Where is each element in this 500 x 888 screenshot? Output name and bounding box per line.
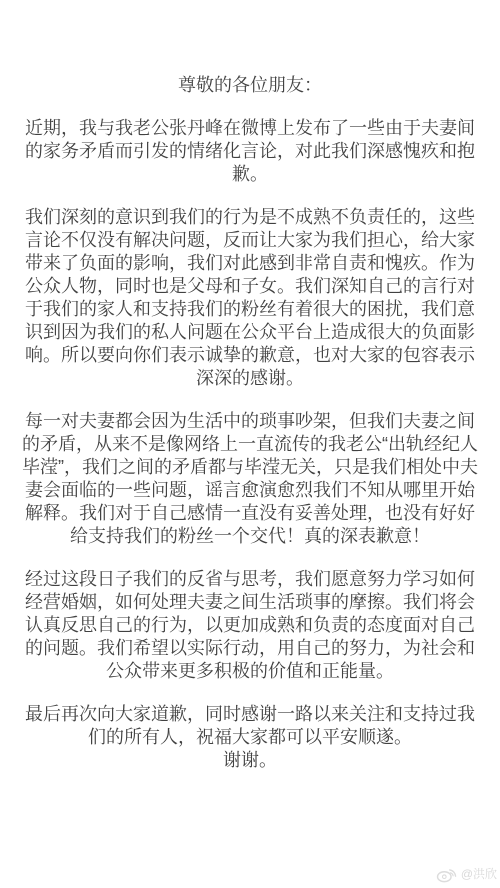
salutation: 尊敬的各位朋友： [21, 74, 479, 97]
statement-image: 尊敬的各位朋友： 近期，我与我老公张丹峰在微博上发布了一些由于夫妻间的家务矛盾而… [0, 0, 500, 888]
weibo-logo-icon [436, 865, 458, 883]
apology-letter: 尊敬的各位朋友： 近期，我与我老公张丹峰在微博上发布了一些由于夫妻间的家务矛盾而… [21, 74, 479, 772]
letter-paragraph: 近期，我与我老公张丹峰在微博上发布了一些由于夫妻间的家务矛盾而引发的情绪化言论，… [21, 117, 479, 186]
letter-paragraph: 每一对夫妻都会因为生活中的琐事吵架，但我们夫妻之间的矛盾，从来不是像网络上一直流… [21, 410, 479, 548]
watermark-handle: @洪欣 [461, 864, 497, 884]
letter-body: 近期，我与我老公张丹峰在微博上发布了一些由于夫妻间的家务矛盾而引发的情绪化言论，… [21, 117, 479, 749]
weibo-watermark: @洪欣 [436, 864, 497, 884]
letter-paragraph: 经过这段日子我们的反省与思考，我们愿意努力学习如何经营婚姻，如何处理夫妻之间生活… [21, 568, 479, 683]
closing-line: 谢谢。 [21, 749, 479, 772]
letter-paragraph: 我们深刻的意识到我们的行为是不成熟不负责任的，这些言论不仅没有解决问题，反而让大… [21, 206, 479, 390]
letter-paragraph: 最后再次向大家道歉，同时感谢一路以来关注和支持过我们的所有人，祝福大家都可以平安… [21, 703, 479, 749]
